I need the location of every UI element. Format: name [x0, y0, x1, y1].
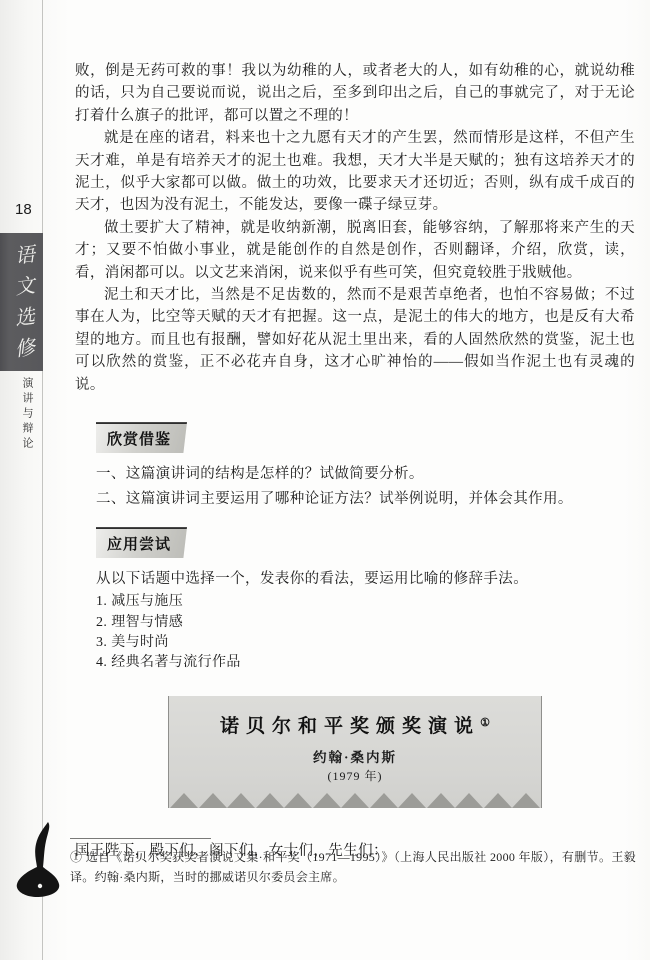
page-number: 18	[15, 201, 32, 218]
footnote-reference-mark: ①	[480, 717, 490, 729]
article-paragraph: 做土要扩大了精神，就是收纳新潮，脱离旧套，能够容纳，了解那将来产生的天才；又要不…	[75, 217, 635, 284]
article-paragraph: 败，倒是无药可救的事！我以为幼稚的人，或者老大的人，如有幼稚的心，就说幼稚的话，…	[75, 60, 635, 127]
topic-list-item: 2. 理智与情感	[96, 613, 635, 633]
next-article-title-box: 诺贝尔和平奖颁奖演说① 约翰·桑内斯 (1979 年)	[168, 696, 542, 808]
topic-list-item: 1. 减压与施压	[96, 592, 635, 612]
series-subtitle: 演讲与辩论	[19, 377, 35, 452]
footnote-area: ① 选自《诺贝尔奖获奖者演说文集·和平奖（1971—1995）》（上海人民出版社…	[70, 838, 636, 887]
series-title-banner: 语 文 选 修	[0, 233, 43, 371]
article-paragraph: 就是在座的诸君，料来也十之九愿有天才的产生罢，然而情形是这样，不但产生天才难，单…	[75, 127, 635, 217]
series-title-char: 语	[13, 244, 35, 266]
main-content: 败，倒是无药可救的事！我以为幼稚的人，或者老大的人，如有幼稚的心，就说幼稚的话，…	[75, 60, 635, 860]
exercise-intro: 从以下话题中选择一个，发表你的看法，要运用比喻的修辞手法。	[96, 567, 635, 592]
application-section-body: 从以下话题中选择一个，发表你的看法，要运用比喻的修辞手法。 1. 减压与施压 2…	[96, 567, 635, 674]
article-paragraph: 泥土和天才比，当然是不足齿数的，然而不是艰苦卓绝者，也怕不容易做；不过事在人为，…	[75, 284, 635, 396]
application-section: 应用尝试 从以下话题中选择一个，发表你的看法，要运用比喻的修辞手法。 1. 减压…	[96, 527, 635, 674]
article-body: 败，倒是无药可救的事！我以为幼稚的人，或者老大的人，如有幼稚的心，就说幼稚的话，…	[75, 60, 635, 396]
exercise-question: 一、这篇演讲词的结构是怎样的？试做简要分析。	[96, 462, 635, 487]
application-section-header: 应用尝试	[96, 527, 187, 558]
appreciation-section: 欣赏借鉴 一、这篇演讲词的结构是怎样的？试做简要分析。 二、这篇演讲词主要运用了…	[96, 422, 635, 512]
topic-list-item: 4. 经典名著与流行作品	[96, 653, 635, 673]
ink-brush-decoration	[13, 820, 65, 906]
next-article-author: 约翰·桑内斯	[169, 746, 541, 766]
topic-list-item: 3. 美与时尚	[96, 633, 635, 653]
next-article-title: 诺贝尔和平奖颁奖演说①	[169, 711, 541, 738]
series-title-char: 选	[13, 306, 35, 328]
book-page: 18 语 文 选 修 演讲与辩论 败，倒是无药可救的事！我以为幼稚的人，或者老大…	[0, 0, 650, 960]
series-title-char: 文	[13, 275, 35, 297]
footnote-text: ① 选自《诺贝尔奖获奖者演说文集·和平奖（1971—1995）》（上海人民出版社…	[70, 848, 636, 887]
appreciation-section-body: 一、这篇演讲词的结构是怎样的？试做简要分析。 二、这篇演讲词主要运用了哪种论证方…	[96, 462, 635, 512]
exercise-question: 二、这篇演讲词主要运用了哪种论证方法？试举例说明，并体会其作用。	[96, 487, 635, 512]
footnote-divider	[70, 838, 211, 839]
page-margin-line	[42, 0, 43, 960]
appreciation-section-header: 欣赏借鉴	[96, 422, 187, 453]
next-article-year: (1979 年)	[169, 767, 541, 784]
zigzag-decoration	[169, 793, 541, 808]
series-title-char: 修	[13, 337, 35, 359]
